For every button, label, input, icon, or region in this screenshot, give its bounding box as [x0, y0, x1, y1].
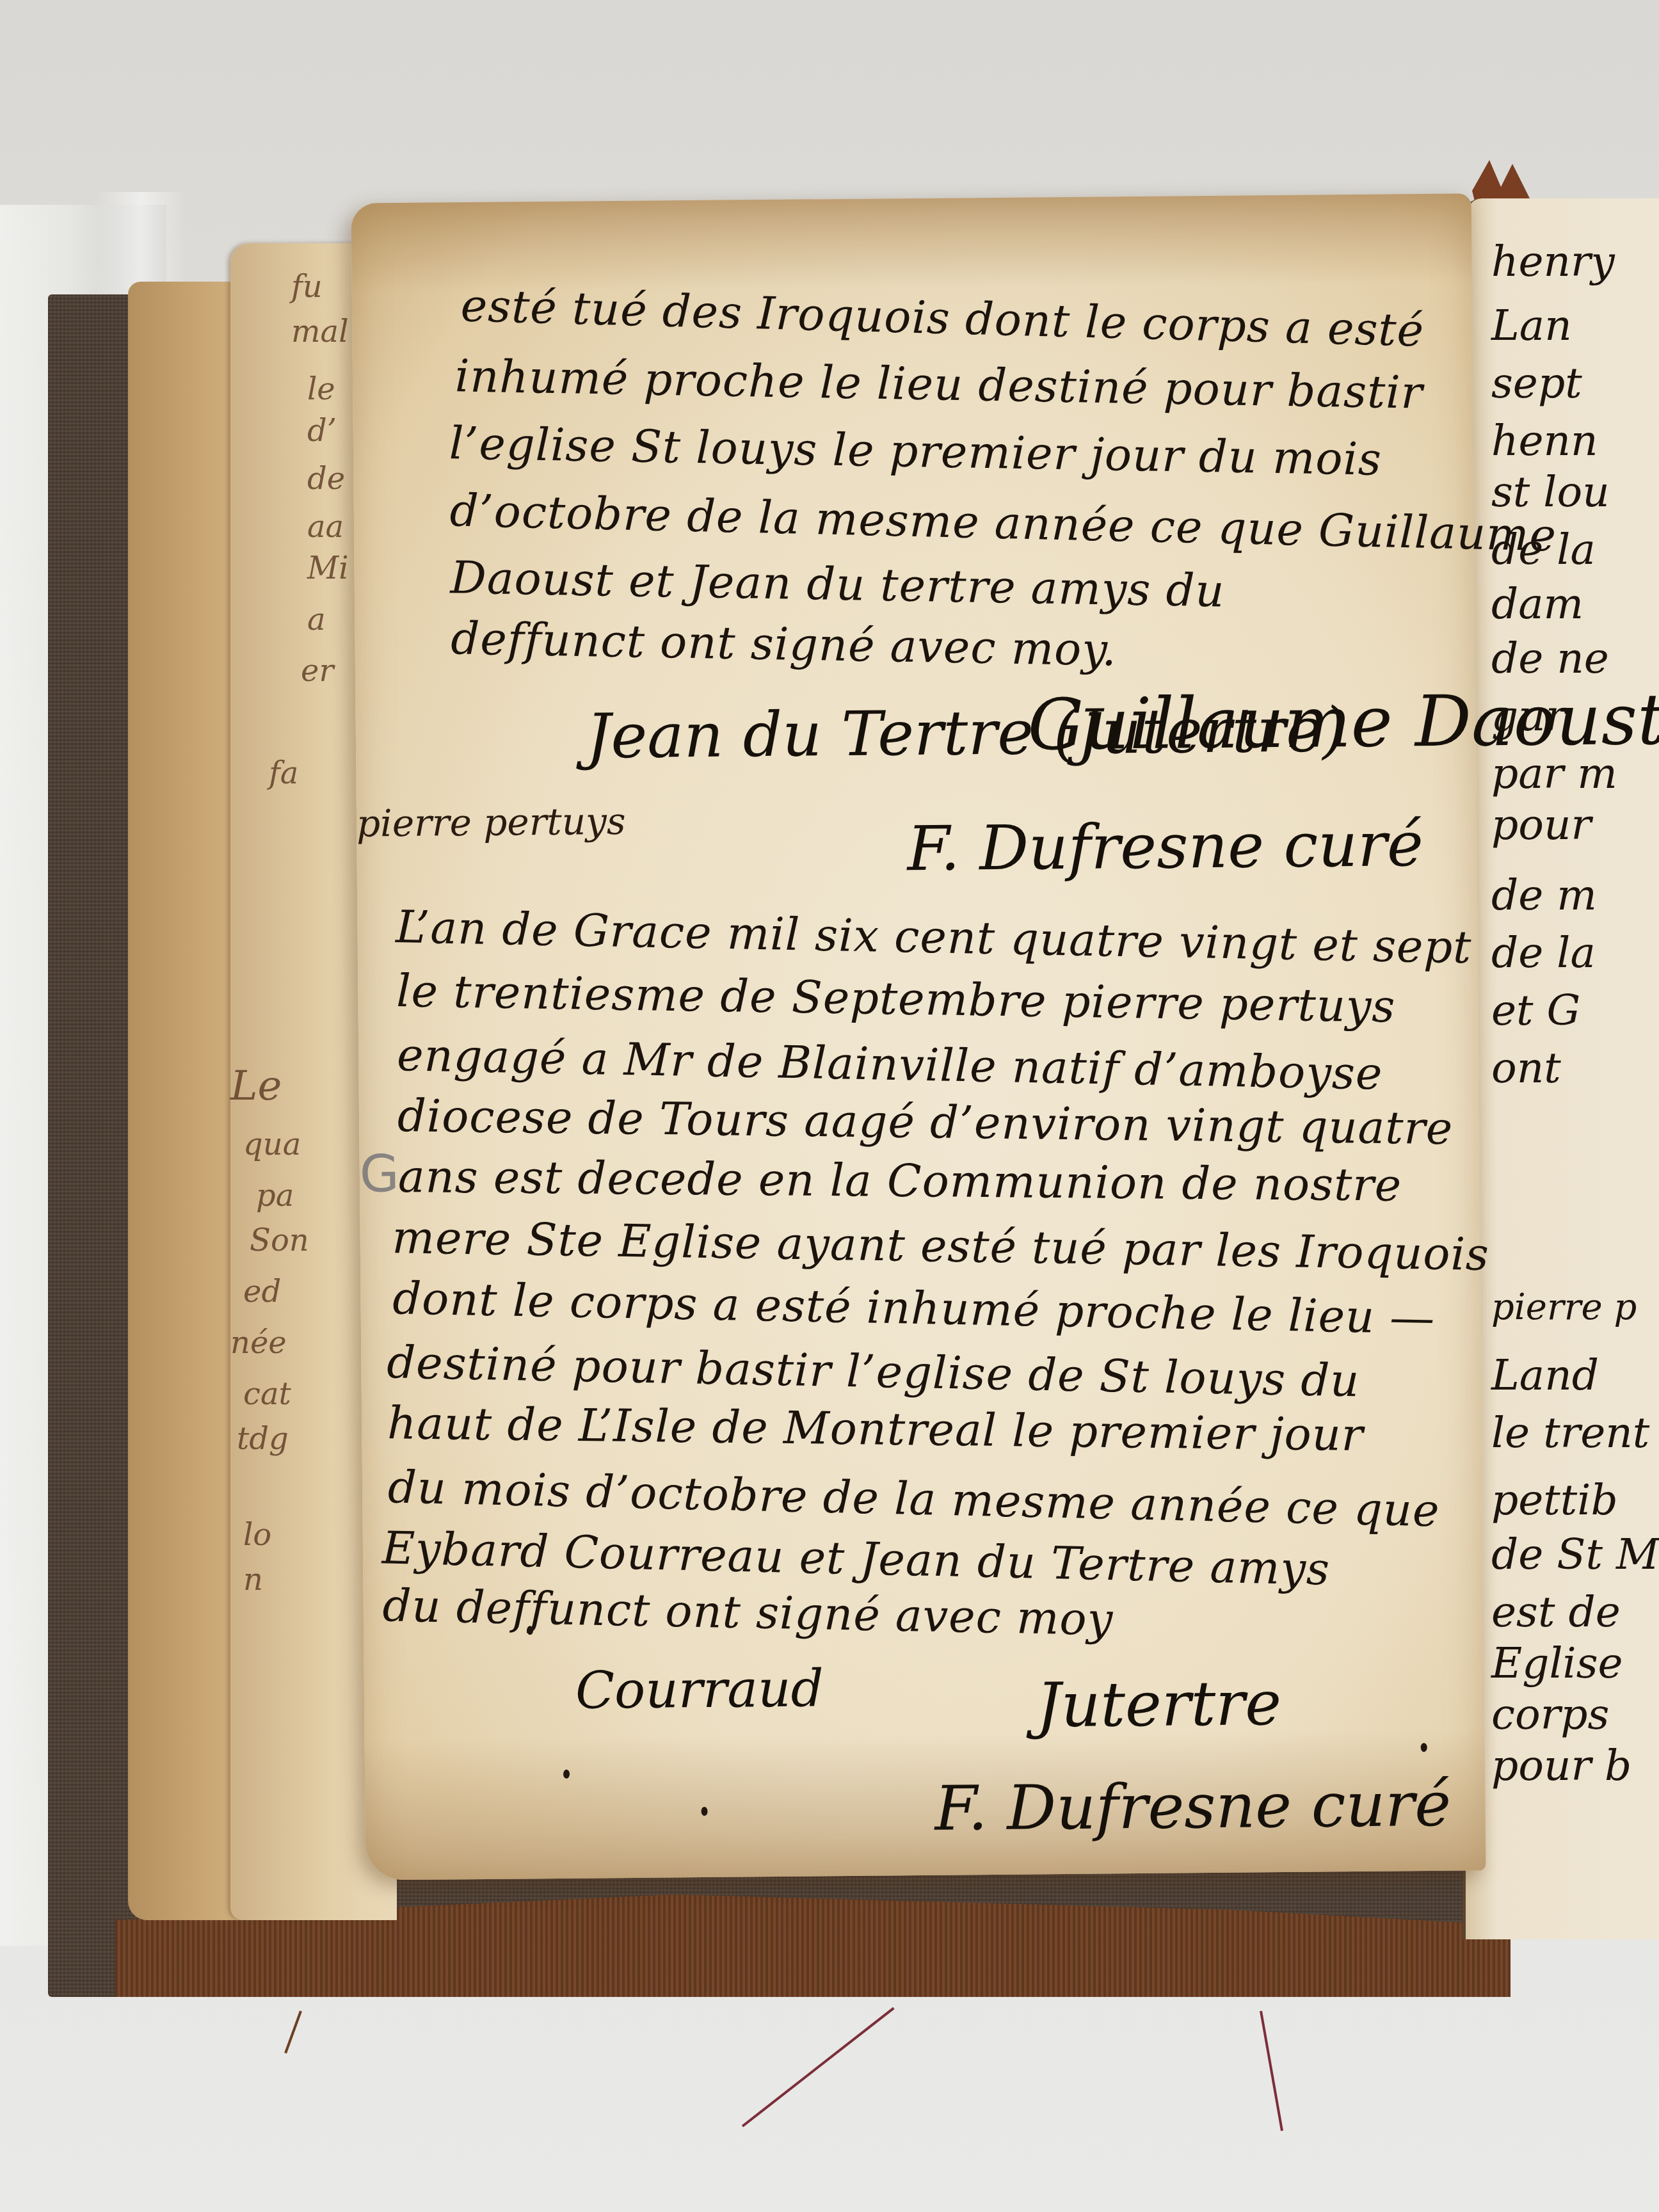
signature-witness: Courraud	[575, 1658, 824, 1720]
edge-fragment: fu	[291, 269, 323, 305]
loose-thread	[284, 2010, 302, 2053]
edge-fragment: a	[307, 602, 326, 637]
text-fragment: de m	[1491, 870, 1597, 920]
ink-spot	[1421, 1743, 1427, 1752]
ink-spot	[563, 1770, 570, 1779]
text-line: destiné pour bastir l’eglise de St louys…	[387, 1336, 1360, 1407]
ink-spot	[527, 1626, 533, 1635]
edge-fragment: mal	[291, 314, 348, 349]
edge-fragment: Le	[230, 1062, 282, 1110]
manuscript-page: esté tué des Iroquois dont le corps a es…	[351, 193, 1486, 1880]
edge-fragment: pa	[256, 1178, 294, 1214]
text-fragment: est de	[1491, 1587, 1621, 1637]
edge-fragment: Mi	[307, 550, 349, 586]
signature-priest: F. Dufresne curé	[907, 808, 1423, 885]
edge-fragment: qua	[243, 1126, 301, 1162]
edge-fragment: lo	[243, 1517, 271, 1553]
edge-fragment: fa	[269, 755, 298, 791]
text-fragment: pierre p	[1491, 1286, 1637, 1328]
text-fragment: le trent	[1491, 1408, 1649, 1457]
text-fragment: dam	[1491, 579, 1583, 629]
text-line: d’octobre de la mesme année ce que Guill…	[449, 484, 1557, 561]
text-fragment: sept	[1491, 358, 1582, 408]
text-fragment: Land	[1491, 1350, 1599, 1400]
edge-fragment: cat	[243, 1376, 291, 1412]
signature-witness: Guillaume Daoust	[1027, 678, 1659, 766]
edge-fragment: aa	[307, 509, 344, 545]
signature-witness: Jutertre	[1036, 1667, 1282, 1741]
text-line: diocese de Tours aagé d’environ vingt qu…	[397, 1089, 1454, 1155]
text-line: le trentiesme de Septembre pierre pertuy…	[396, 965, 1396, 1033]
edge-fragment: née	[230, 1325, 287, 1361]
page-stain-top	[351, 193, 1472, 293]
text-fragment: henn	[1491, 416, 1598, 465]
edge-fragment: de	[307, 461, 345, 497]
text-line: dont le corps a esté inhumé proche le li…	[392, 1272, 1436, 1344]
text-fragment: de ne	[1491, 634, 1609, 683]
text-fragment: pettib	[1491, 1475, 1618, 1525]
text-line: esté tué des Iroquois dont le corps a es…	[460, 279, 1425, 357]
text-line: engagé a Mr de Blainville natif d’amboys…	[396, 1029, 1383, 1100]
edge-fragment: Son	[250, 1222, 309, 1258]
edge-fragment: le	[307, 371, 335, 407]
text-fragment: Eglise	[1491, 1639, 1623, 1688]
text-fragment: henry	[1491, 237, 1615, 286]
text-fragment: et G	[1491, 986, 1580, 1035]
signature-priest: F. Dufresne curé	[934, 1768, 1451, 1845]
text-fragment: corps	[1491, 1690, 1609, 1739]
edge-fragment: n	[243, 1562, 263, 1598]
text-fragment: pour	[1491, 800, 1591, 849]
edge-fragment: tdg	[237, 1421, 289, 1457]
ink-spot	[701, 1807, 707, 1816]
text-line: haut de L’Isle de Montreal le premier jo…	[387, 1397, 1364, 1461]
text-line: deffunct ont signé avec moy.	[451, 612, 1118, 676]
text-fragment: pour b	[1491, 1741, 1631, 1790]
text-fragment: Lan	[1491, 301, 1572, 350]
text-line: ans est decede en la Communion de nostre	[398, 1150, 1402, 1212]
edge-fragment: er	[301, 653, 333, 689]
text-line: l’eglise St louys le premier jour du moi…	[449, 417, 1382, 485]
text-line: inhumé proche le lieu destiné pour basti…	[454, 349, 1423, 419]
edge-fragment: ed	[243, 1274, 281, 1310]
loose-thread	[742, 2007, 895, 2128]
text-fragment: de St M	[1491, 1530, 1659, 1579]
loose-thread	[1260, 2011, 1283, 2131]
text-line: Daoust et Jean du tertre amys du	[450, 551, 1225, 617]
text-line: du deffunct ont signé avec moy	[382, 1579, 1114, 1646]
text-line: mere Ste Eglise ayant esté tué par les I…	[392, 1211, 1489, 1281]
text-line: L’an de Grace mil six cent quatre vingt …	[396, 901, 1472, 974]
pencil-mark: G	[359, 1144, 399, 1204]
text-fragment: de la	[1491, 928, 1596, 977]
margin-note-name: pierre pertuys	[357, 799, 626, 846]
facing-page-right: henry Lan sept henn st lou de la dam de …	[1463, 198, 1659, 1939]
text-fragment: ont	[1491, 1043, 1561, 1093]
edge-fragment: d’	[307, 413, 337, 449]
